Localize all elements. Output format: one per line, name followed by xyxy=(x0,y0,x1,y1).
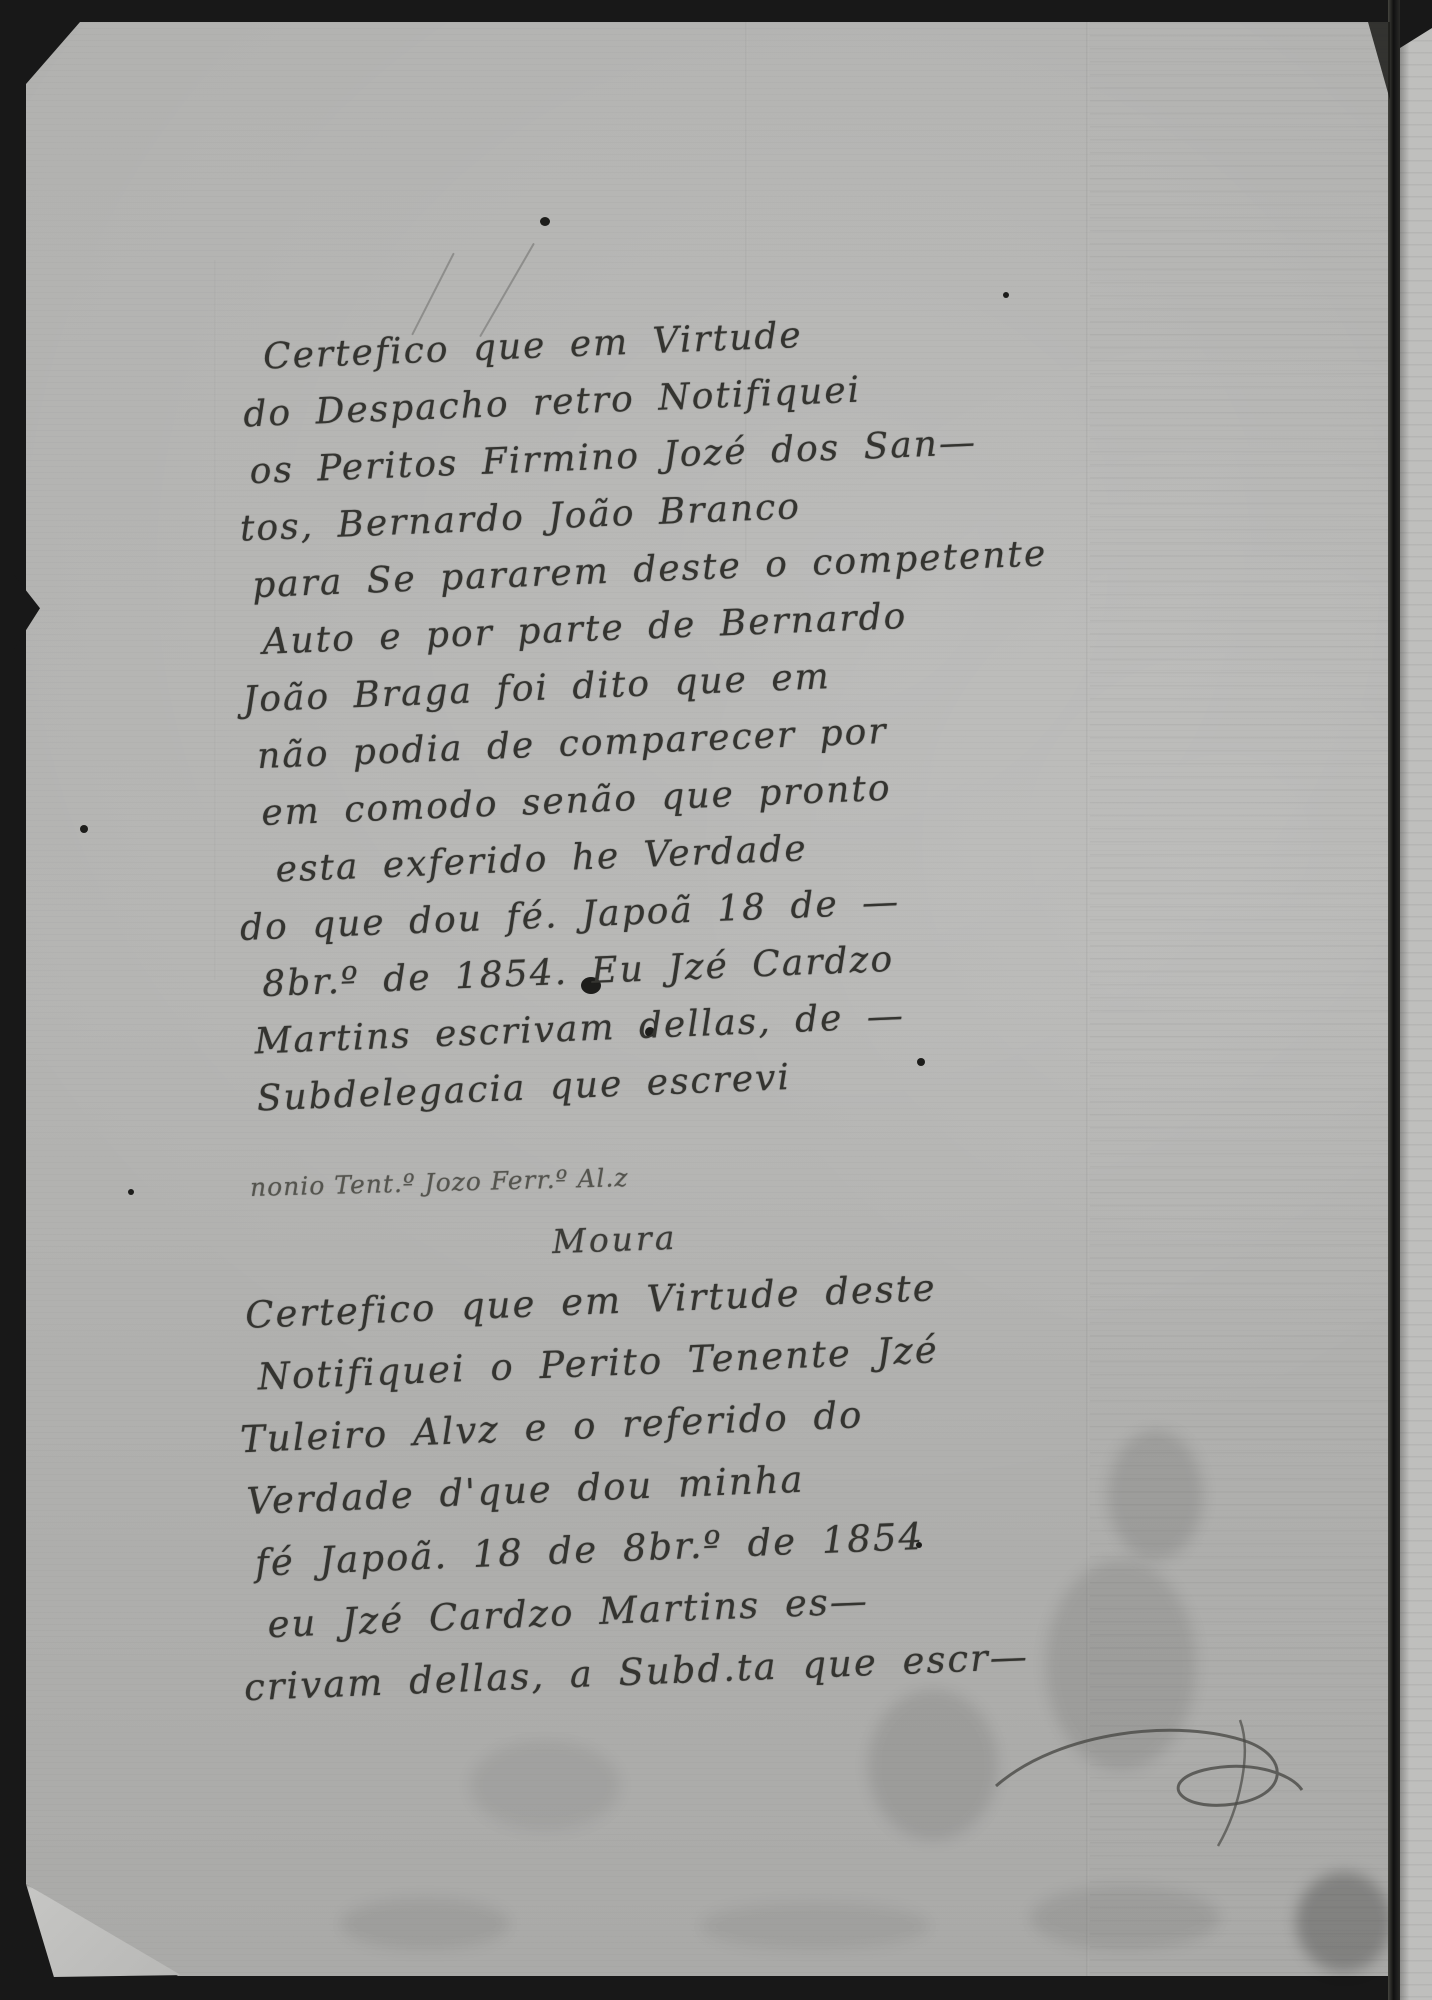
binding-gutter xyxy=(1388,0,1400,2000)
signature-moura: Moura xyxy=(551,1218,678,1261)
stain xyxy=(868,1690,998,1840)
page-crease xyxy=(214,260,217,980)
stain xyxy=(1108,1430,1203,1560)
pen-flourish xyxy=(990,1712,1310,1862)
stain xyxy=(470,1740,620,1830)
ink-spot xyxy=(80,825,88,833)
adjacent-page-edge xyxy=(1400,28,1432,2000)
microfilm-scan: Certefico que em Virtude do Despacho ret… xyxy=(0,0,1432,2000)
handwritten-paragraph-2: Certefico que em Virtude deste Notifique… xyxy=(218,1254,1030,1720)
stain xyxy=(340,1898,510,1950)
handwritten-paragraph-1: Certefico que em Virtude do Despacho ret… xyxy=(228,298,1069,1128)
stain xyxy=(1296,1872,1392,1972)
ink-spot xyxy=(540,217,550,226)
ink-spot xyxy=(128,1189,134,1195)
stain xyxy=(700,1902,930,1950)
stain xyxy=(1030,1886,1220,1950)
ink-spot xyxy=(1003,292,1009,298)
